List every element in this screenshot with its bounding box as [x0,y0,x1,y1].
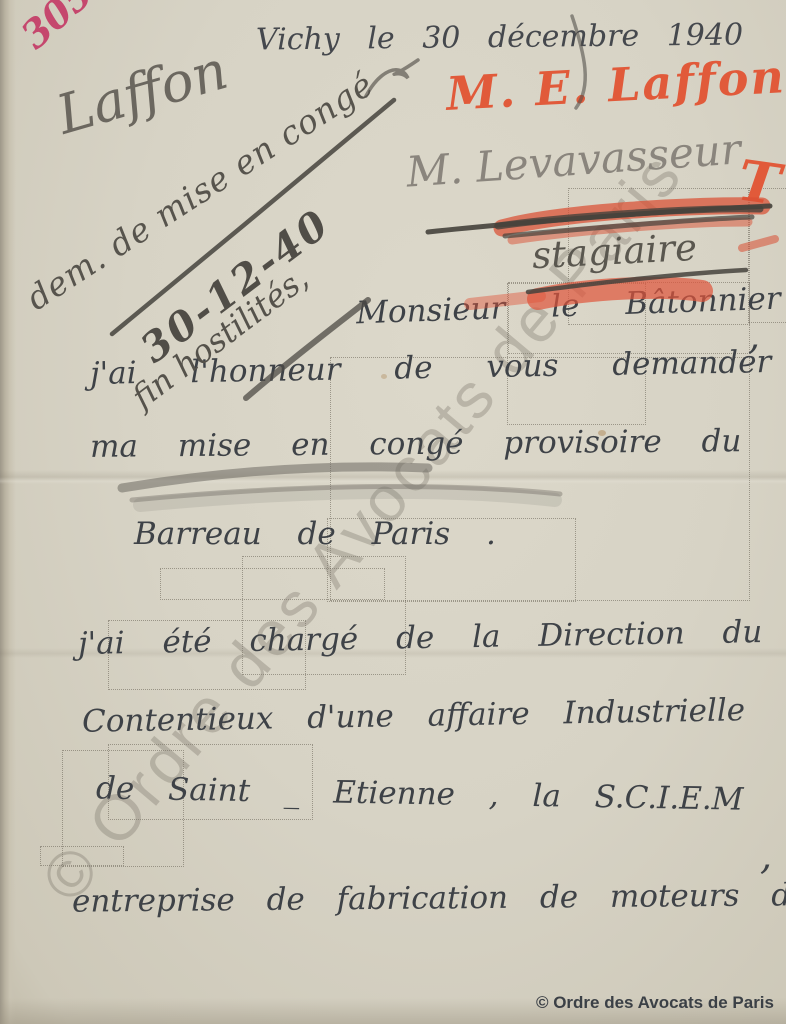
red-crayon-name: M. E. Laffon [445,49,786,121]
copyright-notice: © Ordre des Avocats de Paris [536,993,774,1013]
pencil-name-annotation: Laffon [50,38,234,146]
letter-line: Barreau de Paris . [134,516,496,552]
folio-number: 305 [12,0,101,57]
letter-line: , [760,834,772,878]
stagiaire-note: stagiaire [531,226,698,278]
letter-line: ma mise en congé provisoire du [90,423,742,465]
page-left-edge [0,0,16,1024]
letter-line: entreprise de fabrication de moteurs d'a… [72,876,786,919]
date-line: Vichy le 30 décembre 1940 [256,17,743,57]
scanned-letter-page: © Ordre des Avocats de Paris Vichy le 30… [0,0,786,1024]
